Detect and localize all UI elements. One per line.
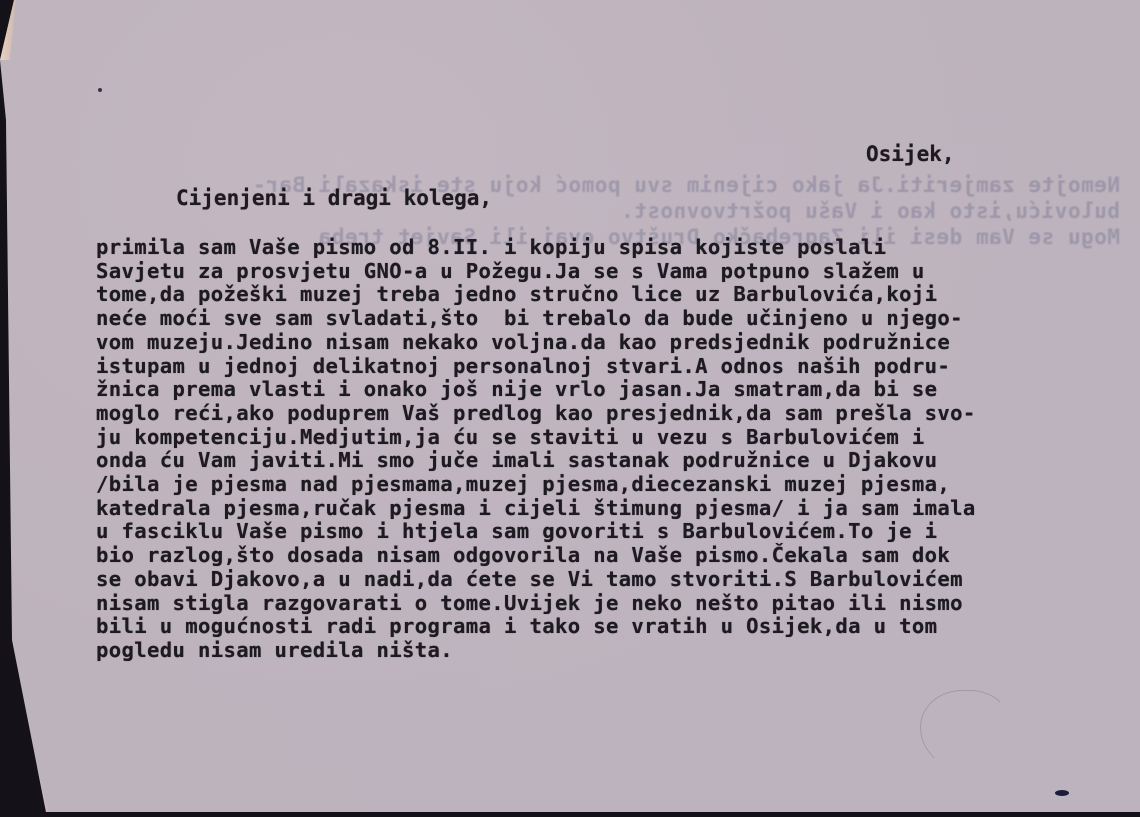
letter-line: Savjetu za prosvjetu GNO-a u Požegu.Ja s… bbox=[96, 260, 976, 284]
letter-line: neće moći sve sam svladati,što bi trebal… bbox=[96, 307, 976, 331]
letter-line: ju kompetenciju.Medjutim,ja ću se stavit… bbox=[96, 426, 976, 450]
letter-line: bio razlog,što dosada nisam odgovorila n… bbox=[96, 544, 976, 568]
letter-line: bili u mogućnosti radi programa i tako s… bbox=[96, 615, 976, 639]
letter-line: nisam stigla razgovarati o tome.Uvijek j… bbox=[96, 592, 976, 616]
letter-body: primila sam Vaše pismo od 8.II. i kopiju… bbox=[96, 236, 976, 663]
faint-pencil-mark bbox=[920, 690, 1012, 772]
place-heading: Osijek, bbox=[866, 142, 955, 166]
paper-speck bbox=[98, 88, 102, 92]
letter-line: moglo reći,ako poduprem Vaš predlog kao … bbox=[96, 402, 976, 426]
letter-line: pogledu nisam uredila ništa. bbox=[96, 639, 976, 663]
letter-line: primila sam Vaše pismo od 8.II. i kopiju… bbox=[96, 236, 976, 260]
letter-page: Nemojte zamjeriti.Ja jako cijenim svu po… bbox=[0, 0, 1140, 817]
letter-line: onda ću Vam javiti.Mi smo juče imali sas… bbox=[96, 449, 976, 473]
letter-line: katedrala pjesma,ručak pjesma i cijeli š… bbox=[96, 497, 976, 521]
letter-line: istupam u jednoj delikatnoj personalnoj … bbox=[96, 355, 976, 379]
letter-line: tome,da požeški muzej treba jedno stručn… bbox=[96, 283, 976, 307]
letter-line: vom muzeju.Jedino nisam nekako voljna.da… bbox=[96, 331, 976, 355]
scan-border bbox=[0, 812, 1140, 817]
letter-line: u fasciklu Vaše pismo i htjela sam govor… bbox=[96, 520, 976, 544]
ink-stain bbox=[1055, 790, 1069, 796]
paper-fold-top bbox=[0, 0, 16, 60]
paper-fold-bottom bbox=[8, 720, 50, 817]
letter-line: se obavi Djakovo,a u nadi,da ćete se Vi … bbox=[96, 568, 976, 592]
letter-line: /bila je pjesma nad pjesmama,muzej pjesm… bbox=[96, 473, 976, 497]
letter-line: žnica prema vlasti i onako još nije vrlo… bbox=[96, 378, 976, 402]
salutation: Cijenjeni i dragi kolega, bbox=[176, 186, 492, 210]
